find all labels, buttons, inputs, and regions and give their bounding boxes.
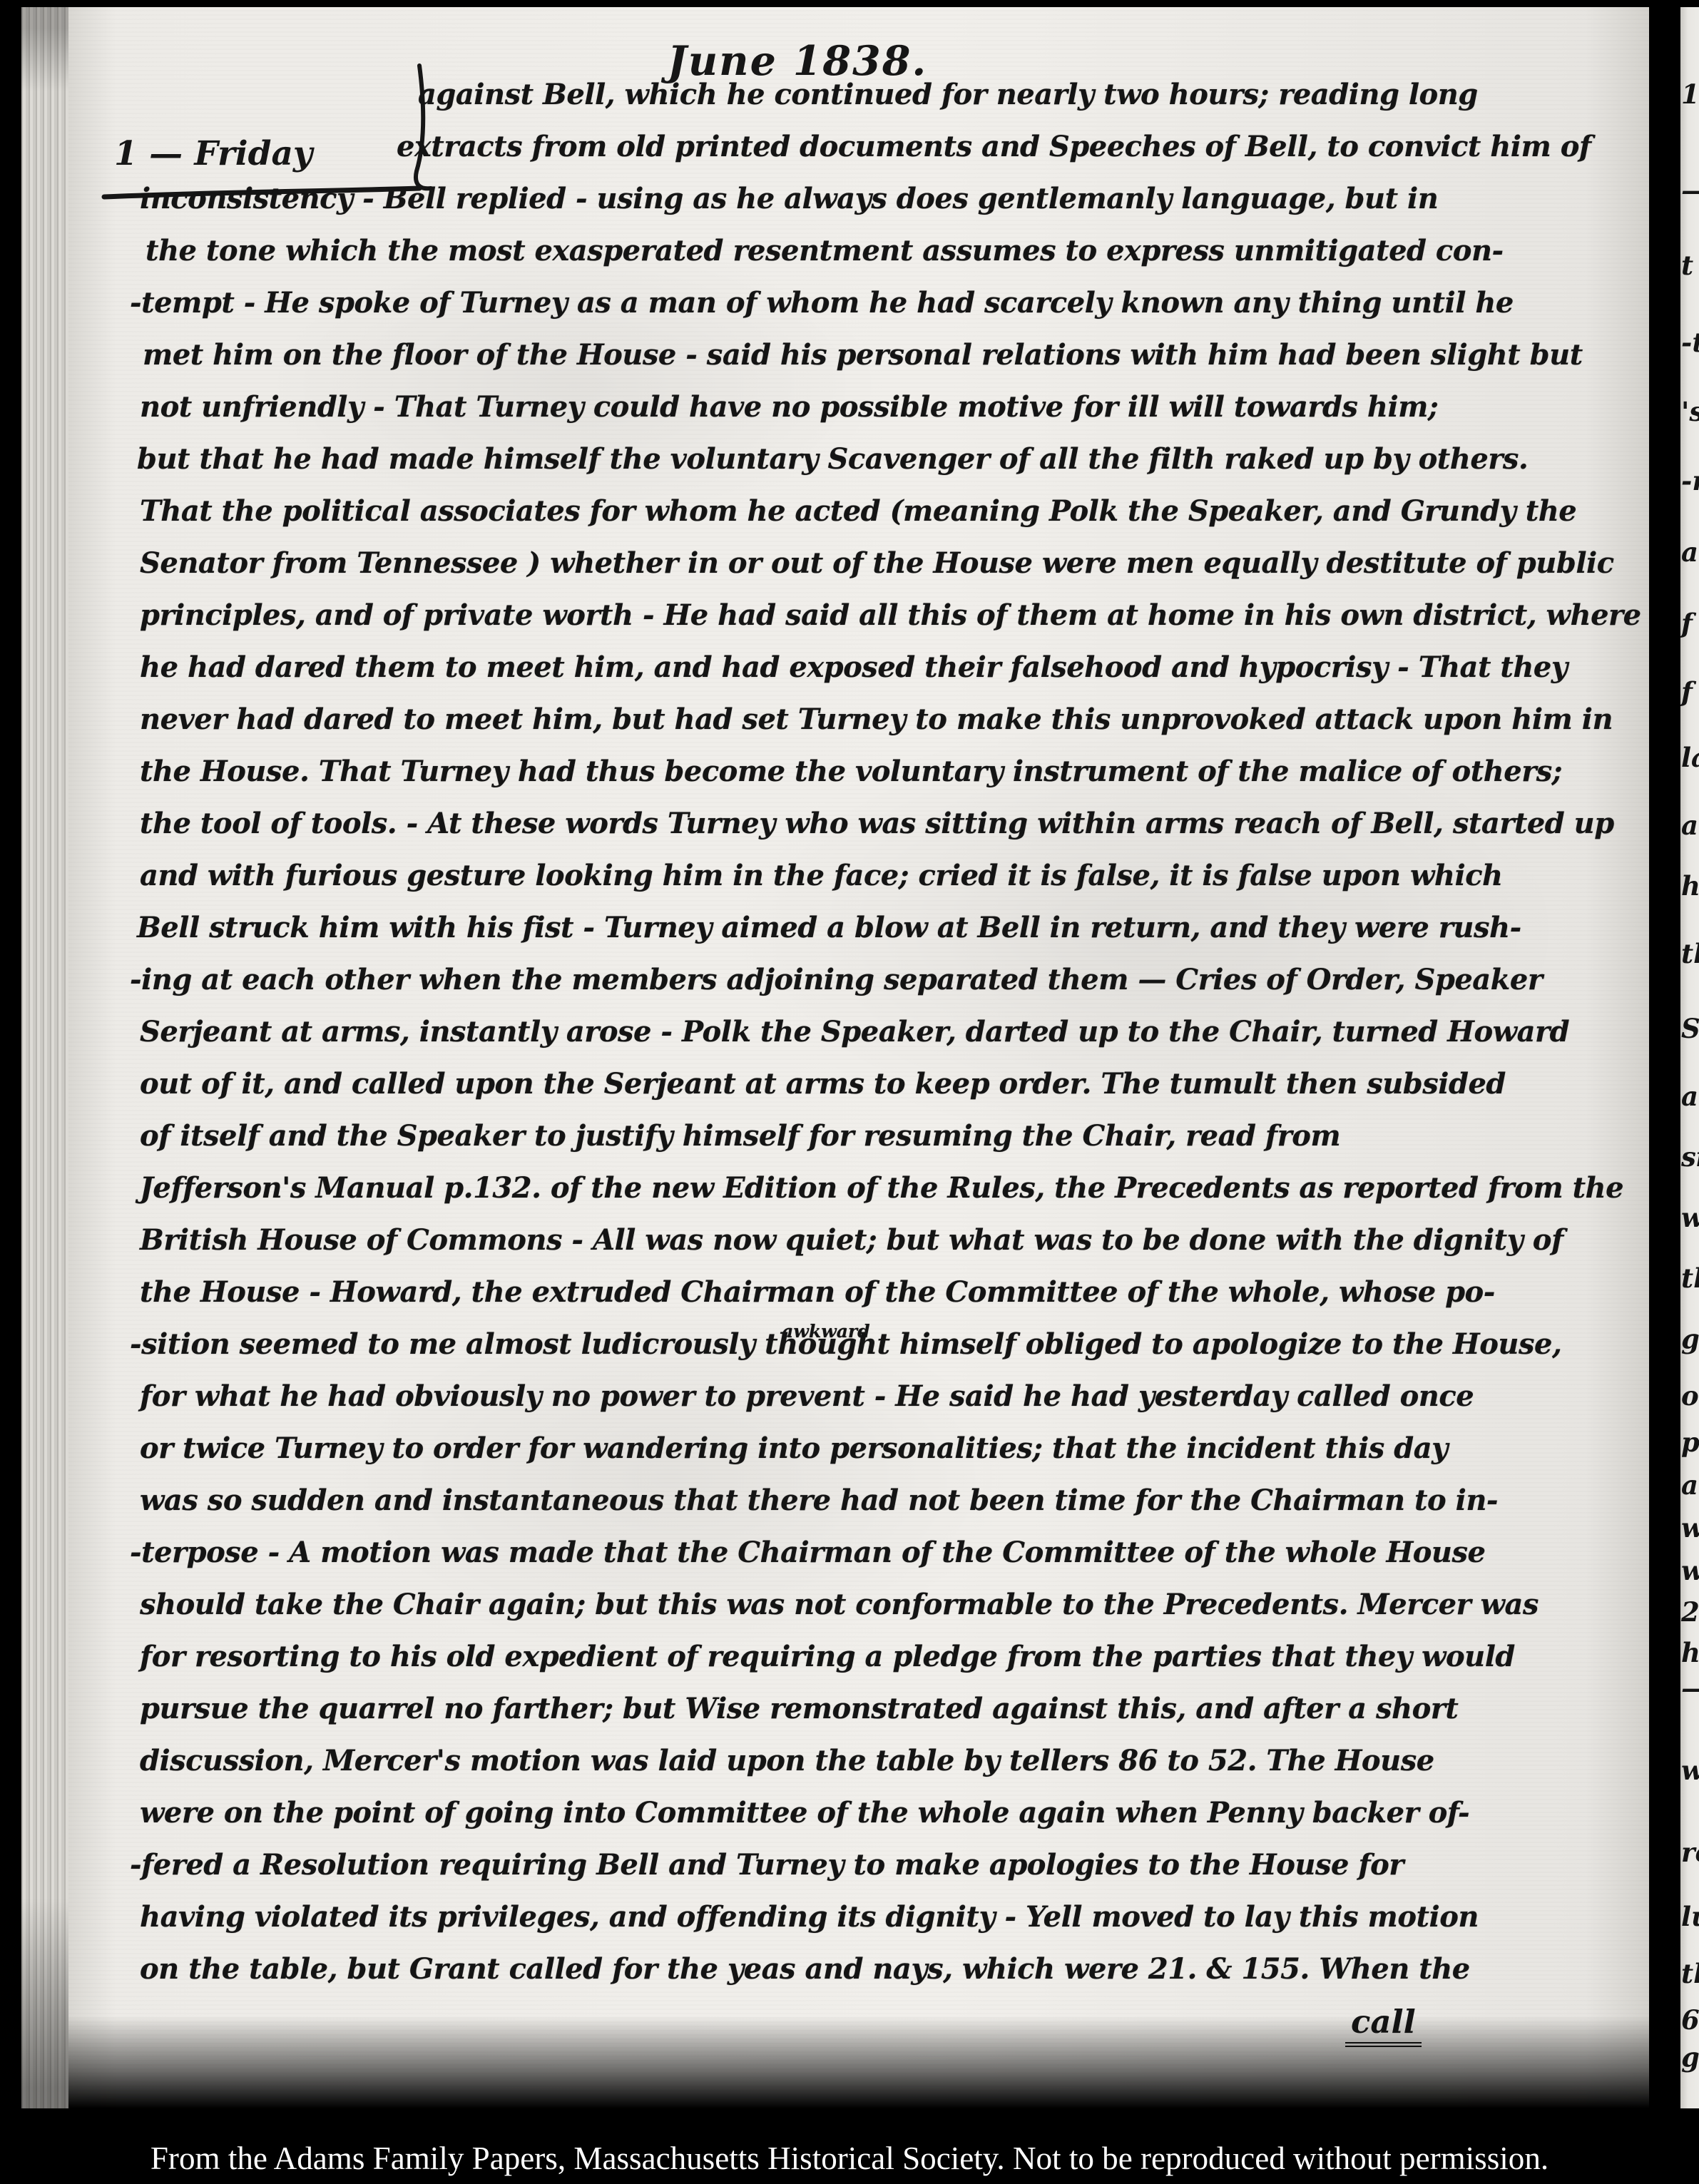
facing-page-text-fragment: th xyxy=(1681,1262,1699,1294)
manuscript-line: for what he had obviously no power to pr… xyxy=(140,1370,1646,1422)
facing-page-text-fragment: si xyxy=(1681,1141,1699,1173)
facing-page-text-fragment: — xyxy=(1681,1673,1699,1704)
manuscript-line: Jefferson's Manual p.132. of the new Edi… xyxy=(140,1162,1646,1214)
facing-page-text-fragment: re xyxy=(1681,1837,1699,1868)
facing-page-text-fragment: 6t xyxy=(1681,2004,1699,2036)
facing-page-text-fragment: a xyxy=(1681,536,1698,568)
facing-page-text-fragment: go xyxy=(1681,2041,1699,2073)
facing-page-text-fragment: f xyxy=(1681,676,1693,708)
facing-page-text-fragment: an xyxy=(1681,1081,1699,1112)
manuscript-line: he had dared them to meet him, and had e… xyxy=(140,641,1646,693)
manuscript-line: extracts from old printed documents and … xyxy=(397,121,1646,173)
facing-page-text-fragment: 1 xyxy=(1681,78,1699,110)
facing-page-text-fragment: wo xyxy=(1681,1512,1699,1543)
manuscript-line: inconsistency - Bell replied - using as … xyxy=(140,173,1646,225)
book-gutter-shadow xyxy=(1649,7,1680,2108)
facing-page-text-fragment: g xyxy=(1681,1323,1699,1354)
manuscript-line: the tool of tools. - At these words Turn… xyxy=(140,797,1646,849)
manuscript-line: -sition seemed to me almost ludicrously … xyxy=(130,1318,1646,1370)
facing-page-text-fragment: an xyxy=(1681,1469,1699,1501)
manuscript-line: principles, and of private worth - He ha… xyxy=(140,589,1646,641)
facing-page-text-fragment: th xyxy=(1681,938,1699,969)
facing-page-text-fragment: 2. xyxy=(1681,1596,1699,1628)
manuscript-line: for resorting to his old expedient of re… xyxy=(140,1631,1646,1683)
manuscript-line: Senator from Tennessee ) whether in or o… xyxy=(140,537,1646,589)
manuscript-line: Serjeant at arms, instantly arose - Polk… xyxy=(140,1006,1646,1058)
manuscript-line: on the table, but Grant called for the y… xyxy=(140,1943,1646,1995)
facing-page-text-fragment: -r xyxy=(1681,465,1699,496)
manuscript-line: discussion, Mercer's motion was laid upo… xyxy=(140,1735,1646,1787)
manuscript-line: the House. That Turney had thus become t… xyxy=(140,745,1646,797)
manuscript-line: of itself and the Speaker to justify him… xyxy=(140,1110,1646,1162)
manuscript-line: against Bell, which he continued for nea… xyxy=(418,68,1646,121)
facing-page-text-fragment: w xyxy=(1681,1202,1699,1233)
manuscript-line: British House of Commons - All was now q… xyxy=(140,1214,1646,1266)
facing-page-text-fragment: on xyxy=(1681,1380,1699,1412)
manuscript-line: should take the Chair again; but this wa… xyxy=(140,1578,1646,1631)
facing-page-text-fragment: w xyxy=(1681,1555,1699,1586)
catchword: call xyxy=(1345,2003,1422,2047)
facing-page-text-fragment: la xyxy=(1681,742,1699,773)
facing-page-text-fragment: lu xyxy=(1681,1901,1699,1932)
manuscript-line: Bell struck him with his fist - Turney a… xyxy=(137,902,1646,954)
facing-page-text-fragment: a xyxy=(1681,810,1698,841)
facing-page-text-fragment: h xyxy=(1681,1637,1699,1668)
scanned-diary-page: June 1838. 1 — Friday against Bell, whic… xyxy=(0,0,1699,2184)
facing-page-text-fragment: 's xyxy=(1681,396,1699,427)
manuscript-line: the tone which the most exasperated rese… xyxy=(146,225,1646,277)
manuscript-line: not unfriendly - That Turney could have … xyxy=(140,381,1646,433)
credit-line: From the Adams Family Papers, Massachuse… xyxy=(17,2139,1682,2177)
manuscript-line: That the political associates for whom h… xyxy=(140,485,1646,537)
facing-page-text-fragment: S xyxy=(1681,1013,1699,1044)
manuscript-line: or twice Turney to order for wandering i… xyxy=(140,1422,1646,1474)
facing-page-text-fragment: h xyxy=(1681,870,1699,902)
facing-page-text-fragment: t xyxy=(1681,250,1693,281)
manuscript-line: -tempt - He spoke of Turney as a man of … xyxy=(130,277,1646,329)
facing-page-text-fragment: f xyxy=(1681,608,1693,639)
manuscript-line: were on the point of going into Committe… xyxy=(140,1787,1646,1839)
interlined-word: awkward xyxy=(782,1322,869,1340)
book-page-edges xyxy=(21,7,68,2108)
facing-page-text-fragment: th xyxy=(1681,1958,1699,1989)
facing-page-text-fragment: pa xyxy=(1681,1427,1699,1458)
facing-page-text-fragment: -t xyxy=(1681,327,1699,358)
manuscript-line: but that he had made himself the volunta… xyxy=(137,433,1646,485)
manuscript-page: June 1838. 1 — Friday against Bell, whic… xyxy=(68,7,1649,2108)
handwriting-lines: against Bell, which he continued for nea… xyxy=(140,68,1646,1995)
manuscript-line: -terpose - A motion was made that the Ch… xyxy=(130,1526,1646,1578)
manuscript-line: the House - Howard, the extruded Chairma… xyxy=(140,1266,1646,1318)
manuscript-line: and with furious gesture looking him in … xyxy=(140,849,1646,902)
facing-page-text-fragment: wh xyxy=(1681,1755,1699,1786)
manuscript-line: never had dared to meet him, but had set… xyxy=(140,693,1646,745)
manuscript-line: pursue the quarrel no farther; but Wise … xyxy=(140,1683,1646,1735)
manuscript-line: out of it, and called upon the Serjeant … xyxy=(140,1058,1646,1110)
facing-page-fragments: 1—t-t's-rafflaahthSansiwthgonpaanwow2.h—… xyxy=(1680,7,1699,2108)
manuscript-line: -ing at each other when the members adjo… xyxy=(130,954,1646,1006)
manuscript-line: -fered a Resolution requiring Bell and T… xyxy=(130,1839,1646,1891)
facing-page-sliver: 1—t-t's-rafflaahthSansiwthgonpaanwow2.h—… xyxy=(1680,7,1699,2108)
manuscript-line: met him on the floor of the House - said… xyxy=(143,329,1646,381)
facing-page-text-fragment: — xyxy=(1681,175,1699,206)
manuscript-line: having violated its privileges, and offe… xyxy=(140,1891,1646,1943)
manuscript-line: was so sudden and instantaneous that the… xyxy=(140,1474,1646,1526)
